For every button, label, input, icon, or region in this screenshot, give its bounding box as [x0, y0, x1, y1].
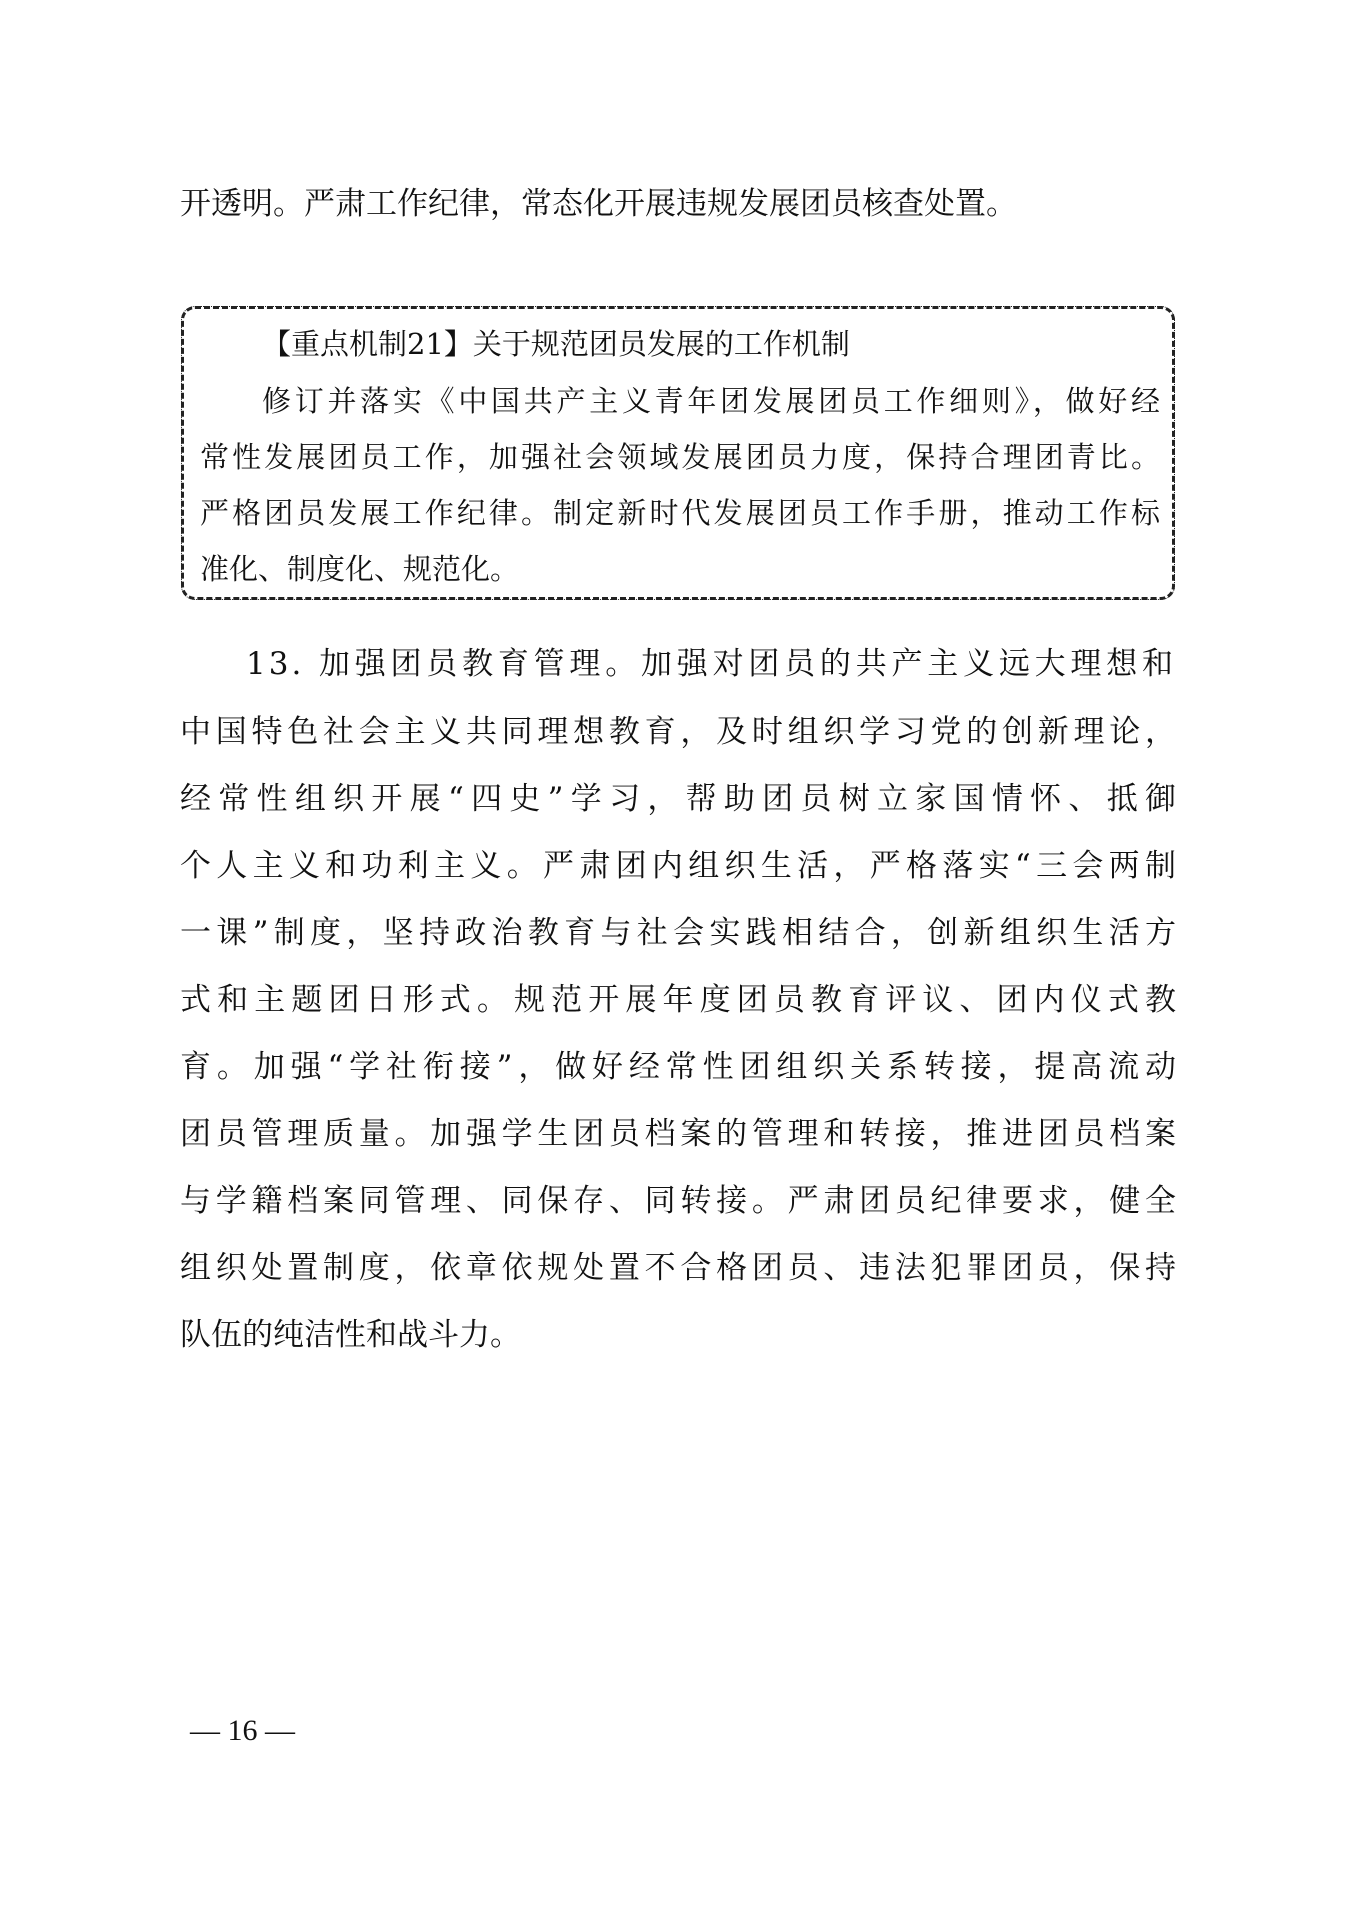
page-number: — 16 — — [190, 1713, 295, 1749]
mechanism-box-line-4: 准化、制度化、规范化。 — [200, 550, 1160, 588]
section-13-line-9: 与学籍档案同管理、同保存、同转接。严肃团员纪律要求，健全 — [180, 1181, 1176, 1221]
mechanism-box-line-3: 严格团员发展工作纪律。制定新时代发展团员工作手册，推动工作标 — [200, 494, 1160, 532]
section-13-line-10: 组织处置制度，依章依规处置不合格团员、违法犯罪团员，保持 — [180, 1248, 1176, 1288]
mechanism-box-line-1: 修订并落实《中国共产主义青年团发展团员工作细则》，做好经 — [262, 382, 1160, 420]
section-13-line-7: 育。加强“学社衔接”，做好经常性团组织关系转接，提高流动 — [180, 1047, 1176, 1087]
section-13-line-3: 经常性组织开展“四史”学习，帮助团员树立家国情怀、抵御 — [180, 779, 1176, 819]
section-13-line-6: 式和主题团日形式。规范开展年度团员教育评议、团内仪式教 — [180, 980, 1176, 1020]
section-13-line-5: 一课”制度，坚持政治教育与社会实践相结合，创新组织生活方 — [180, 913, 1176, 953]
section-13-line-1: 13. 加强团员教育管理。加强对团员的共产主义远大理想和 — [246, 644, 1176, 684]
section-13-line-4: 个人主义和功利主义。严肃团内组织生活，严格落实“三会两制 — [180, 846, 1176, 886]
section-13-line-2: 中国特色社会主义共同理想教育，及时组织学习党的创新理论， — [180, 712, 1176, 752]
mechanism-box-line-2: 常性发展团员工作，加强社会领域发展团员力度，保持合理团青比。 — [200, 438, 1160, 476]
section-13-line-11: 队伍的纯洁性和战斗力。 — [180, 1315, 1176, 1355]
paragraph-line-continuation: 开透明。严肃工作纪律，常态化开展违规发展团员核查处置。 — [180, 184, 1176, 224]
mechanism-box-title: 【重点机制21】关于规范团员发展的工作机制 — [262, 325, 962, 363]
section-13-line-8: 团员管理质量。加强学生团员档案的管理和转接，推进团员档案 — [180, 1114, 1176, 1154]
